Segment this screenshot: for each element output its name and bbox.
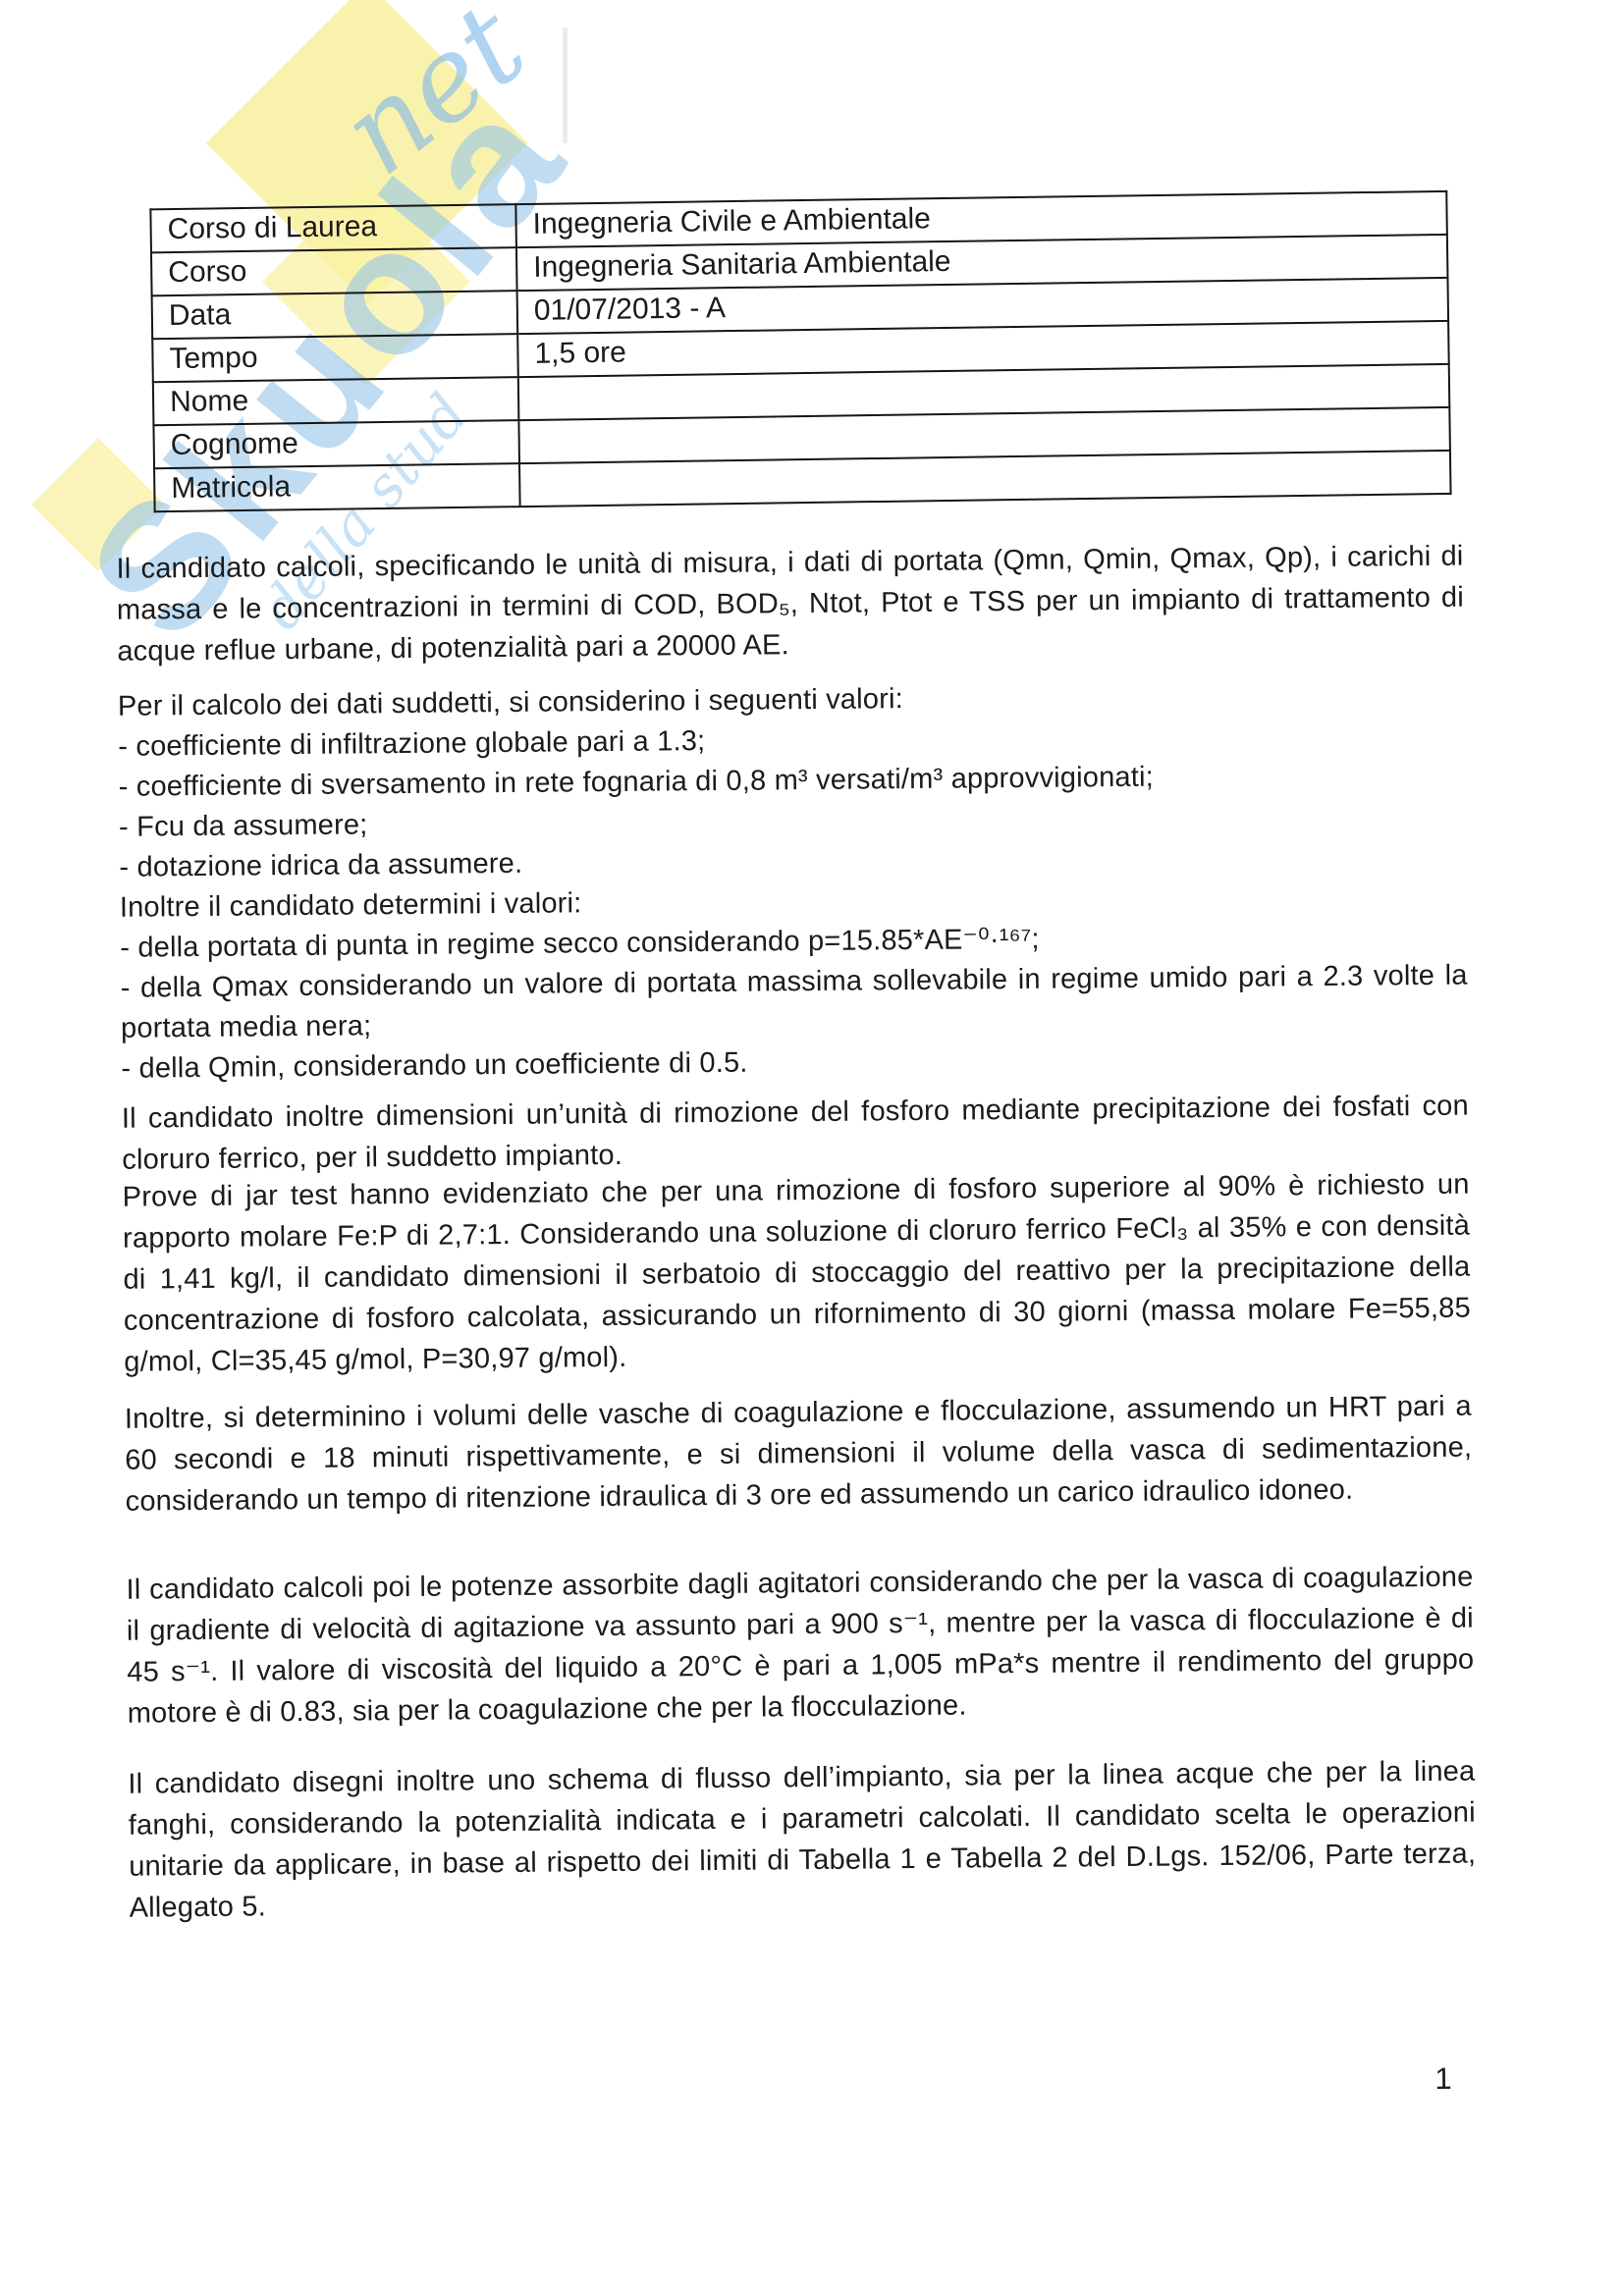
table-row-label: Cognome (153, 420, 519, 468)
paragraph-tanks: Inoltre, si determinino i volumi delle v… (125, 1386, 1473, 1522)
values-list: Per il calcolo dei dati suddetti, si con… (118, 674, 1469, 1090)
table-row-label: Matricola (154, 463, 520, 511)
table-row-label: Corso di Laurea (150, 204, 516, 252)
page-number: 1 (1434, 2061, 1452, 2097)
list-line: - della Qmax considerando un valore di p… (120, 956, 1468, 1049)
header-table: Corso di Laurea Ingegneria Civile e Ambi… (149, 190, 1451, 512)
table-row-label: Data (152, 291, 518, 339)
document-page: Skuola net della stud Corso di Laurea In… (0, 0, 1623, 2296)
table-row-label: Nome (153, 377, 519, 425)
paragraph-phosphorus-2: Prove di jar test hanno evidenziato che … (122, 1164, 1471, 1383)
table-row-label: Tempo (152, 334, 518, 382)
table-row-label: Corso (151, 247, 517, 295)
scan-content: Corso di Laurea Ingegneria Civile e Ambi… (0, 0, 1623, 2296)
paragraph-power: Il candidato calcoli poi le potenze asso… (126, 1557, 1475, 1735)
paragraph-intro: Il candidato calcoli, specificando le un… (116, 536, 1464, 672)
paragraph-flow-scheme: Il candidato disegni inoltre uno schema … (128, 1751, 1477, 1929)
